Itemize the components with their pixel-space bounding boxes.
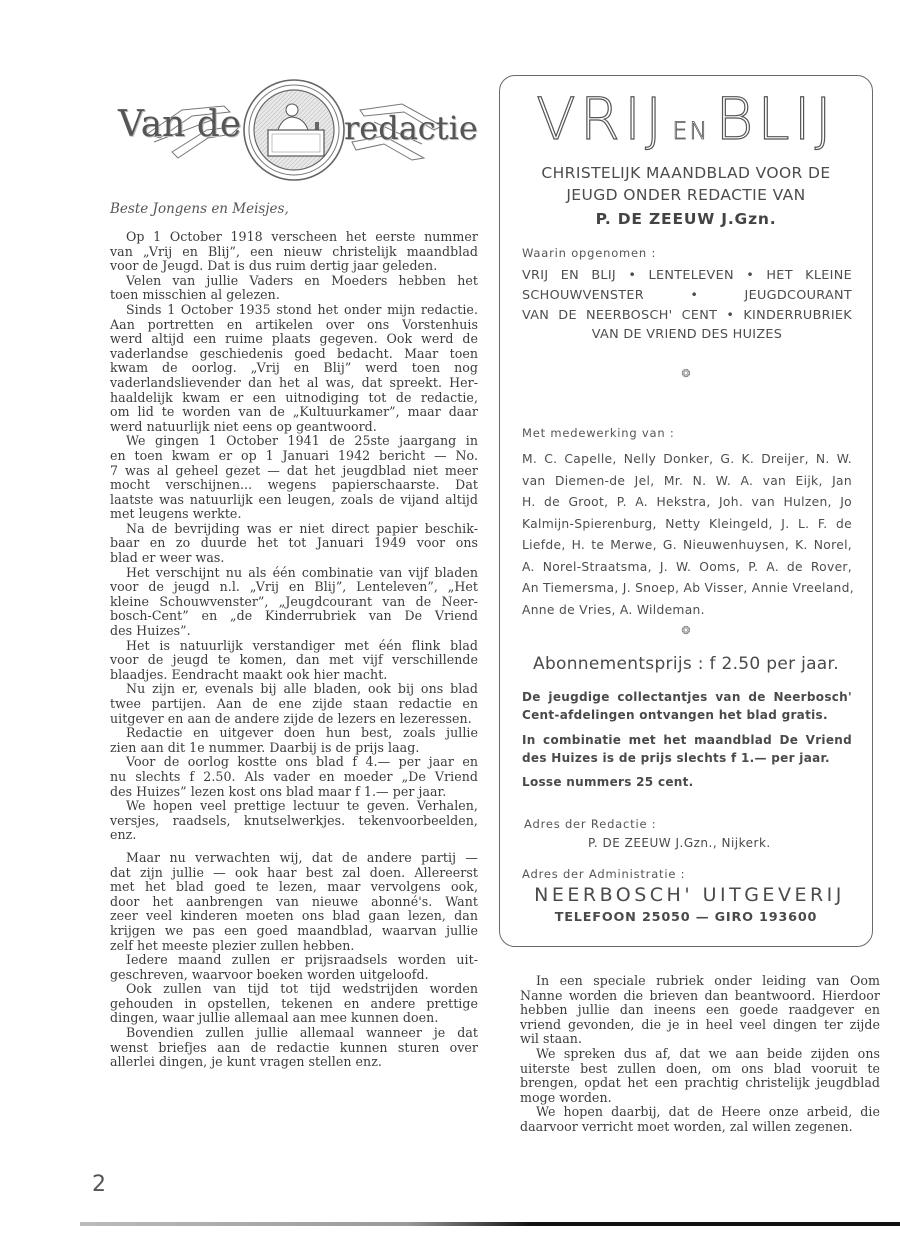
collaboration-label: Met medewerking van : — [522, 426, 675, 440]
text-line: daarvoor verricht moet worden, zal wille… — [520, 1120, 880, 1135]
free-note-line: Cent-afdelingen ontvangen het blad grati… — [522, 706, 852, 724]
collaborator-line: M. C. Capelle, Nelly Donker, G. K. Dreij… — [522, 449, 852, 471]
text-line: Redactie en uitgever doen hun best, zoal… — [110, 726, 478, 741]
magazine-page: Van de redactie Beste Jongens en Meisjes… — [0, 0, 900, 1234]
text-line: blaadjes. Eendracht maakt ook hier macht… — [110, 668, 478, 683]
text-line: voor de Jeugd. Dat is dus ruim dertig ja… — [110, 259, 478, 274]
text-line: Op 1 October 1918 verscheen het eerste n… — [110, 230, 478, 245]
text-line: enz. — [110, 828, 478, 843]
contact-line: TELEFOON 25050 — GIRO 193600 — [500, 910, 872, 925]
editor-at-desk-icon — [244, 80, 344, 180]
text-line: We hopen daarbij, dat de Heere onze arbe… — [520, 1105, 880, 1120]
salutation: Beste Jongens en Meisjes, — [110, 200, 478, 218]
text-line: voor de jeugd te komen, dan met vijf ver… — [110, 653, 478, 668]
collaborator-line: H. de Groot, P. A. Hekstra, Joh. van Hul… — [522, 492, 852, 514]
text-line: In een speciale rubriek onder leiding va… — [520, 974, 880, 989]
text-line: We gingen 1 October 1941 de 25ste jaarga… — [110, 434, 478, 449]
subtitle-line-1: CHRISTELIJK MAANDBLAD VOOR DE — [500, 164, 872, 182]
text-line: gehouden in opstellen, tekenen en andere… — [110, 997, 478, 1012]
text-line: We hopen veel prettige lectuur te geven.… — [110, 799, 478, 814]
text-line: vaderlandse geschiedenis goed bedacht. M… — [110, 347, 478, 362]
text-line: geschreven, waarvoor boeken worden uitge… — [110, 968, 478, 983]
text-line: zien aan dit 1e nummer. Daarbij is de pr… — [110, 741, 478, 756]
text-line: wil staan. — [520, 1032, 880, 1047]
contains-line: VAN DE NEERBOSCH' CENT • KINDERRUBRIEK — [522, 308, 852, 323]
title-blij: BLIJ — [715, 85, 836, 153]
text-line: Het is natuurlijk verstandiger met één f… — [110, 639, 478, 654]
text-line: dingen, waar jullie allemaal aan mee kun… — [110, 1011, 478, 1026]
single-issue-line: Losse nummers 25 cent. — [522, 773, 852, 791]
text-line: voor de jeugd n.l. „Vrij en Blij”, Lente… — [110, 580, 478, 595]
text-line: Het verschijnt nu als één combinatie van… — [110, 566, 478, 581]
administration-label: Adres der Administratie : — [522, 867, 685, 881]
text-line: vriend gevonden, die je in heel veel din… — [520, 1018, 880, 1033]
text-line: haaldelijk kwam er een uitnodiging tot d… — [110, 391, 478, 406]
text-line: Nanne worden die brieven dan beantwoord.… — [520, 989, 880, 1004]
text-line: wenst briefjes aan de redactie kunnen st… — [110, 1041, 478, 1056]
editorial-letter: Beste Jongens en Meisjes, Op 1 October 1… — [110, 200, 478, 1070]
text-line: werd natuurlijk niet eens op geantwoord. — [110, 420, 478, 435]
text-line: Aan portretten en artikelen over ons Vor… — [110, 318, 478, 333]
text-line: kleine Schouwvenster”, „Jeugdcourant van… — [110, 595, 478, 610]
title-vrij: VRIJ — [536, 85, 666, 153]
text-line: vaderlandslievender dan het al was, dat … — [110, 376, 478, 391]
text-line: hebben jullie dan ineens een goede raadg… — [520, 1003, 880, 1018]
text-line: allerlei dingen, je kunt vragen stellen … — [110, 1055, 478, 1070]
free-note: De jeugdige collectantjes van de Neerbos… — [522, 688, 852, 724]
collaborator-line: An Tiemersma, J. Snoep, Ab Visser, Annie… — [522, 578, 852, 600]
editor-name: P. DE ZEEUW J.Gzn. — [500, 210, 872, 228]
collaborator-line: van Diemen-de Jel, Mr. N. W. A. van Eijk… — [522, 471, 852, 493]
text-line: twee partijen. Aan de ene zijde staan re… — [110, 697, 478, 712]
combination-note: In combinatie met het maandblad De Vrien… — [522, 731, 852, 767]
text-line: kwam de oorlog. „Vrij en Blij” werd toen… — [110, 361, 478, 376]
text-line: Maar nu verwachten wij, dat de andere pa… — [110, 851, 478, 866]
text-line: dat zijn jullie — ook haar best zal doen… — [110, 866, 478, 881]
letter-body: Op 1 October 1918 verscheen het eerste n… — [110, 230, 478, 1070]
free-note-line: De jeugdige collectantjes van de Neerbos… — [522, 688, 852, 706]
subtitle-line-2: JEUGD ONDER REDACTIE VAN — [500, 186, 872, 204]
masthead-box: VRIJENBLIJ CHRISTELIJK MAANDBLAD VOOR DE… — [499, 75, 873, 947]
single-issue-note: Losse nummers 25 cent. — [522, 773, 852, 791]
collaborator-list: M. C. Capelle, Nelly Donker, G. K. Dreij… — [522, 449, 852, 621]
text-line: baar en zo duurde het tot Januari 1949 v… — [110, 536, 478, 551]
text-line: en toen kwam er op 1 Januari 1942 berich… — [110, 449, 478, 464]
contains-line: VAN DE VRIEND DES HUIZES — [522, 327, 852, 342]
collaborator-line: A. Norel-Straatsma, J. W. Ooms, P. A. de… — [522, 557, 852, 579]
heading-right-word: redactie — [344, 112, 478, 144]
collaborator-line: Kalmijn-Spierenburg, Netty Kleingeld, J.… — [522, 514, 852, 536]
text-line: nu slechts f 2.50. Als vader en moeder „… — [110, 770, 478, 785]
text-line: Iedere maand zullen er prijsraadsels wor… — [110, 953, 478, 968]
combination-note-line: des Huizes is de prijs slechts f 1.— per… — [522, 749, 852, 767]
title-en: EN — [672, 117, 709, 145]
text-line: versjes, raadsels, knutselwerkjes. teken… — [110, 814, 478, 829]
text-line: mocht verschijnen... wegens papierschaar… — [110, 478, 478, 493]
text-line: 7 was al geheel gezet — dat het jeugdbla… — [110, 464, 478, 479]
text-line: met het blad goed te lezen, maar vervolg… — [110, 880, 478, 895]
text-line: Velen van jullie Vaders en Moeders hebbe… — [110, 274, 478, 289]
collaborator-line: Liefde, H. te Merwe, G. Nieuwenhuysen, K… — [522, 535, 852, 557]
contains-line: VRIJ EN BLIJ • LENTELEVEN • HET KLEINE — [522, 268, 852, 283]
text-line: met leugens werkte. — [110, 507, 478, 522]
text-line: bosch-Cent” en „de Kinderrubriek van De … — [110, 609, 478, 624]
text-line: door het aanbrengen van nieuwe abonné's.… — [110, 895, 478, 910]
text-line: Nu zijn er, evenals bij alle bladen, ook… — [110, 682, 478, 697]
combination-note-line: In combinatie met het maandblad De Vrien… — [522, 731, 852, 749]
text-line: krijgen we pas een goed maandblad, waarv… — [110, 924, 478, 939]
text-line: Na de bevrijding was er niet direct papi… — [110, 522, 478, 537]
text-line: laatste was natuurlijk een leugen, zoals… — [110, 493, 478, 508]
text-line: des Huizes” lezen kost ons blad maar f 1… — [110, 785, 478, 800]
text-line: Sinds 1 October 1935 stond het onder mij… — [110, 303, 478, 318]
editorial-address-label: Adres der Redactie : — [524, 817, 656, 831]
subscription-price: Abonnementsprijs : f 2.50 per jaar. — [500, 654, 872, 674]
text-line: blad er weer was. — [110, 551, 478, 566]
text-line: toen misschien al gelezen. — [110, 288, 478, 303]
text-line: Voor de oorlog kostte ons blad f 4.— per… — [110, 755, 478, 770]
masthead-title: VRIJENBLIJ — [500, 90, 872, 148]
contains-label: Waarin opgenomen : — [522, 246, 656, 260]
text-line: We spreken dus af, dat we aan beide zijd… — [520, 1047, 880, 1062]
text-line: om lid te worden van de „Kultuurkamer”, … — [110, 405, 478, 420]
publisher-name: NEERBOSCH' UITGEVERIJ — [522, 884, 857, 906]
editorial-address: P. DE ZEEUW J.Gzn., Nijkerk. — [588, 836, 771, 850]
text-line: brengen, opdat het een prachtig christel… — [520, 1076, 880, 1091]
heading-banner: Van de redactie — [112, 72, 482, 182]
heading-left-word: Van de — [118, 107, 241, 143]
text-line: zeer veel kinderen moeten ons blad gaan … — [110, 909, 478, 924]
text-line: van „Vrij en Blij”, een nieuw christelij… — [110, 245, 478, 260]
text-line: Bovendien zullen jullie allemaal wanneer… — [110, 1026, 478, 1041]
text-line: des Huizes”. — [110, 624, 478, 639]
text-line: uitgever en aan de andere zijde de lezer… — [110, 712, 478, 727]
contains-line: SCHOUWVENSTER • JEUGDCOURANT — [522, 288, 852, 303]
page-number: 2 — [92, 1172, 106, 1197]
text-line: uiterste best zullen doen, om ons blad v… — [520, 1062, 880, 1077]
flower-ornament-icon: ❂ — [500, 624, 872, 637]
letter-continuation: In een speciale rubriek onder leiding va… — [520, 974, 880, 1135]
text-line: werd altijd een ruime plaats gegeven. Oo… — [110, 332, 478, 347]
text-line: zelf het meeste plezier zullen hebben. — [110, 939, 478, 954]
text-line: moge worden. — [520, 1091, 880, 1106]
collaborator-line: Anne de Vries, A. Wildeman. — [522, 600, 852, 622]
page-edge-shadow — [80, 1222, 900, 1226]
text-line: Ook zullen van tijd tot tijd wedstrijden… — [110, 982, 478, 997]
flower-ornament-icon: ❂ — [500, 367, 872, 380]
